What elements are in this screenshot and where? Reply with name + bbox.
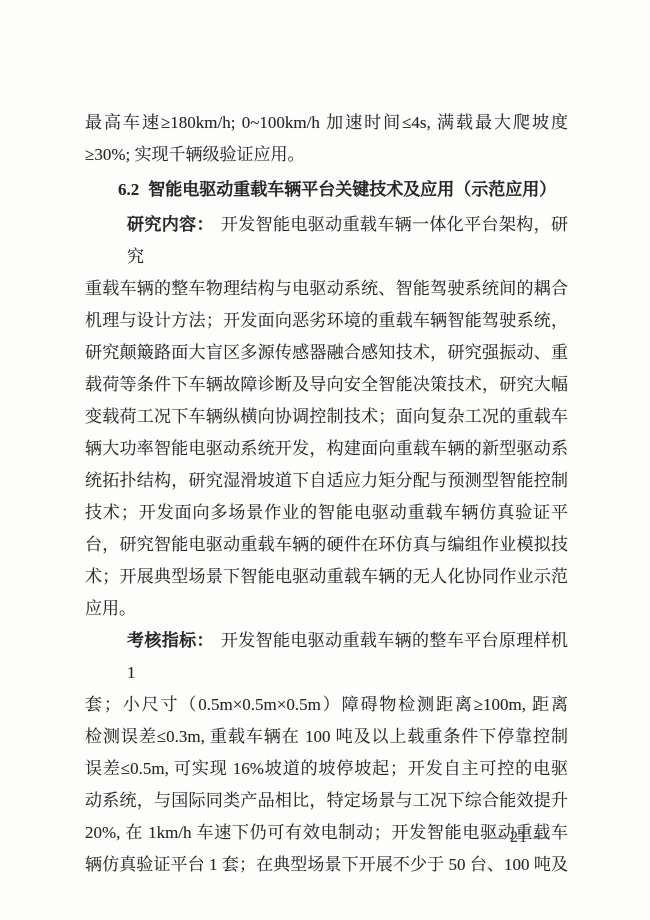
- text-line: 检测误差≤0.3m, 重载车辆在 100 吨及以上载重条件下停靠控制: [85, 721, 568, 753]
- text-line: 重载车辆的整车物理结构与电驱动系统、智能驾驶系统间的耦合: [85, 273, 568, 305]
- text-line: 研究内容：开发智能电驱动重载车辆一体化平台架构，研究: [85, 209, 568, 273]
- paragraph-label: 考核指标：: [127, 631, 214, 650]
- text-line: 动系统，与国际同类产品相比，特定场景与工况下综合能效提升: [85, 785, 568, 817]
- paragraph-label: 研究内容：: [127, 215, 214, 234]
- section-heading: 6.2智能电驱动重载车辆平台关键技术及应用（示范应用）: [85, 174, 568, 206]
- paragraph-intro-continuation: 最高车速≥180km/h; 0~100km/h 加速时间≤4s, 满载最大爬坡度…: [85, 107, 568, 171]
- text-line: 辆仿真验证平台 1 套；在典型场景下开展不少于 50 台、100 吨及: [85, 849, 568, 881]
- text-line: 最高车速≥180km/h; 0~100km/h 加速时间≤4s, 满载最大爬坡度: [85, 107, 568, 139]
- page-content: 最高车速≥180km/h; 0~100km/h 加速时间≤4s, 满载最大爬坡度…: [85, 107, 568, 881]
- text-line: ≥30%; 实现千辆级验证应用。: [85, 139, 568, 171]
- text-line: 应用。: [85, 593, 568, 625]
- heading-title: 智能电驱动重载车辆平台关键技术及应用（示范应用）: [148, 180, 556, 199]
- text-line: 统拓扑结构，研究湿滑坡道下自适应力矩分配与预测型智能控制: [85, 465, 568, 497]
- paragraph-research-content: 研究内容：开发智能电驱动重载车辆一体化平台架构，研究重载车辆的整车物理结构与电驱…: [85, 209, 568, 625]
- page-footer: — 21 —: [488, 828, 550, 848]
- text-line: 研究颠簸路面大盲区多源传感器融合感知技术，研究强振动、重: [85, 337, 568, 369]
- heading-number: 6.2: [118, 180, 139, 199]
- text-line: 考核指标：开发智能电驱动重载车辆的整车平台原理样机 1: [85, 625, 568, 689]
- page-number: — 21 —: [488, 829, 550, 846]
- text-line: 机理与设计方法；开发面向恶劣环境的重载车辆智能驾驶系统，: [85, 305, 568, 337]
- text-line: 术；开展典型场景下智能电驱动重载车辆的无人化协同作业示范: [85, 561, 568, 593]
- text-line: 变载荷工况下车辆纵横向协调控制技术；面向复杂工况的重载车: [85, 401, 568, 433]
- text-line: 载荷等条件下车辆故障诊断及导向安全智能决策技术，研究大幅: [85, 369, 568, 401]
- text-line: 误差≤0.5m, 可实现 16%坡道的坡停坡起；开发自主可控的电驱: [85, 753, 568, 785]
- text-line: 套；小尺寸（0.5m×0.5m×0.5m）障碍物检测距离≥100m, 距离: [85, 689, 568, 721]
- text-line: 技术；开发面向多场景作业的智能电驱动重载车辆仿真验证平: [85, 497, 568, 529]
- document-page: 最高车速≥180km/h; 0~100km/h 加速时间≤4s, 满载最大爬坡度…: [0, 0, 650, 920]
- text-line: 辆大功率智能电驱动系统开发，构建面向重载车辆的新型驱动系: [85, 433, 568, 465]
- text-line: 台，研究智能电驱动重载车辆的硬件在环仿真与编组作业模拟技: [85, 529, 568, 561]
